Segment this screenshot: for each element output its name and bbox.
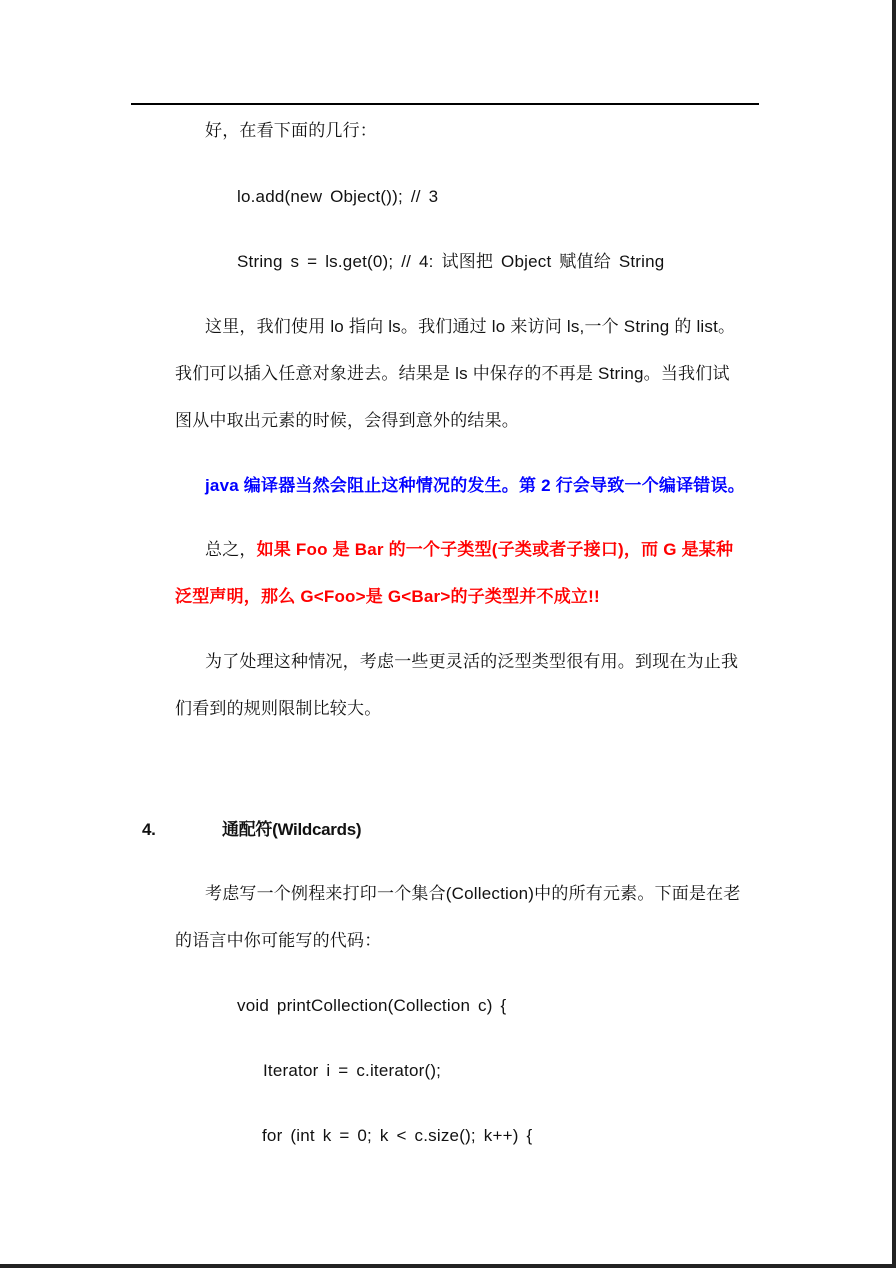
section-title: 通配符(Wildcards) [222, 819, 361, 841]
paragraph-1-line-2: 我们可以插入任意对象进去。结果是 ls 中保存的不再是 String。当我们试 [175, 363, 730, 385]
summary-line-1: 总之，如果 Foo 是 Bar 的一个子类型(子类或者子接口)，而 G 是某种 [205, 539, 733, 561]
paragraph-2-line-1: 为了处理这种情况，考虑一些更灵活的泛型类型很有用。到现在为止我 [205, 651, 738, 673]
page-border-bottom [0, 1264, 896, 1268]
paragraph-3-line-1: 考虑写一个例程来打印一个集合(Collection)中的所有元素。下面是在老 [205, 883, 741, 905]
code-iterator: Iterator i = c.iterator(); [263, 1060, 441, 1082]
paragraph-3-line-2: 的语言中你可能写的代码： [175, 930, 381, 952]
code-line-4: String s = ls.get(0); // 4: 试图把 Object 赋… [237, 251, 664, 273]
summary-prefix: 总之， [205, 540, 257, 559]
summary-emphasis-2: 泛型声明，那么 G<Foo>是 G<Bar>的子类型并不成立!! [175, 586, 600, 608]
paragraph-1-line-1: 这里，我们使用 lo 指向 ls。我们通过 lo 来访问 ls,一个 Strin… [205, 316, 735, 338]
intro-text: 好，在看下面的几行： [205, 120, 377, 142]
code-line-3: lo.add(new Object()); // 3 [237, 186, 438, 208]
code-for-loop: for (int k = 0; k < c.size(); k++) { [262, 1125, 532, 1147]
section-number: 4. [142, 819, 156, 841]
page-border-right [892, 0, 896, 1268]
summary-emphasis-1: 如果 Foo 是 Bar 的一个子类型(子类或者子接口)，而 G 是某种 [257, 540, 734, 559]
header-rule [131, 103, 759, 105]
compiler-note: java 编译器当然会阻止这种情况的发生。第 2 行会导致一个编译错误。 [205, 475, 745, 497]
code-print-collection: void printCollection(Collection c) { [237, 995, 506, 1017]
paragraph-1-line-3: 图从中取出元素的时候，会得到意外的结果。 [175, 410, 519, 432]
paragraph-2-line-2: 们看到的规则限制比较大。 [175, 698, 381, 720]
